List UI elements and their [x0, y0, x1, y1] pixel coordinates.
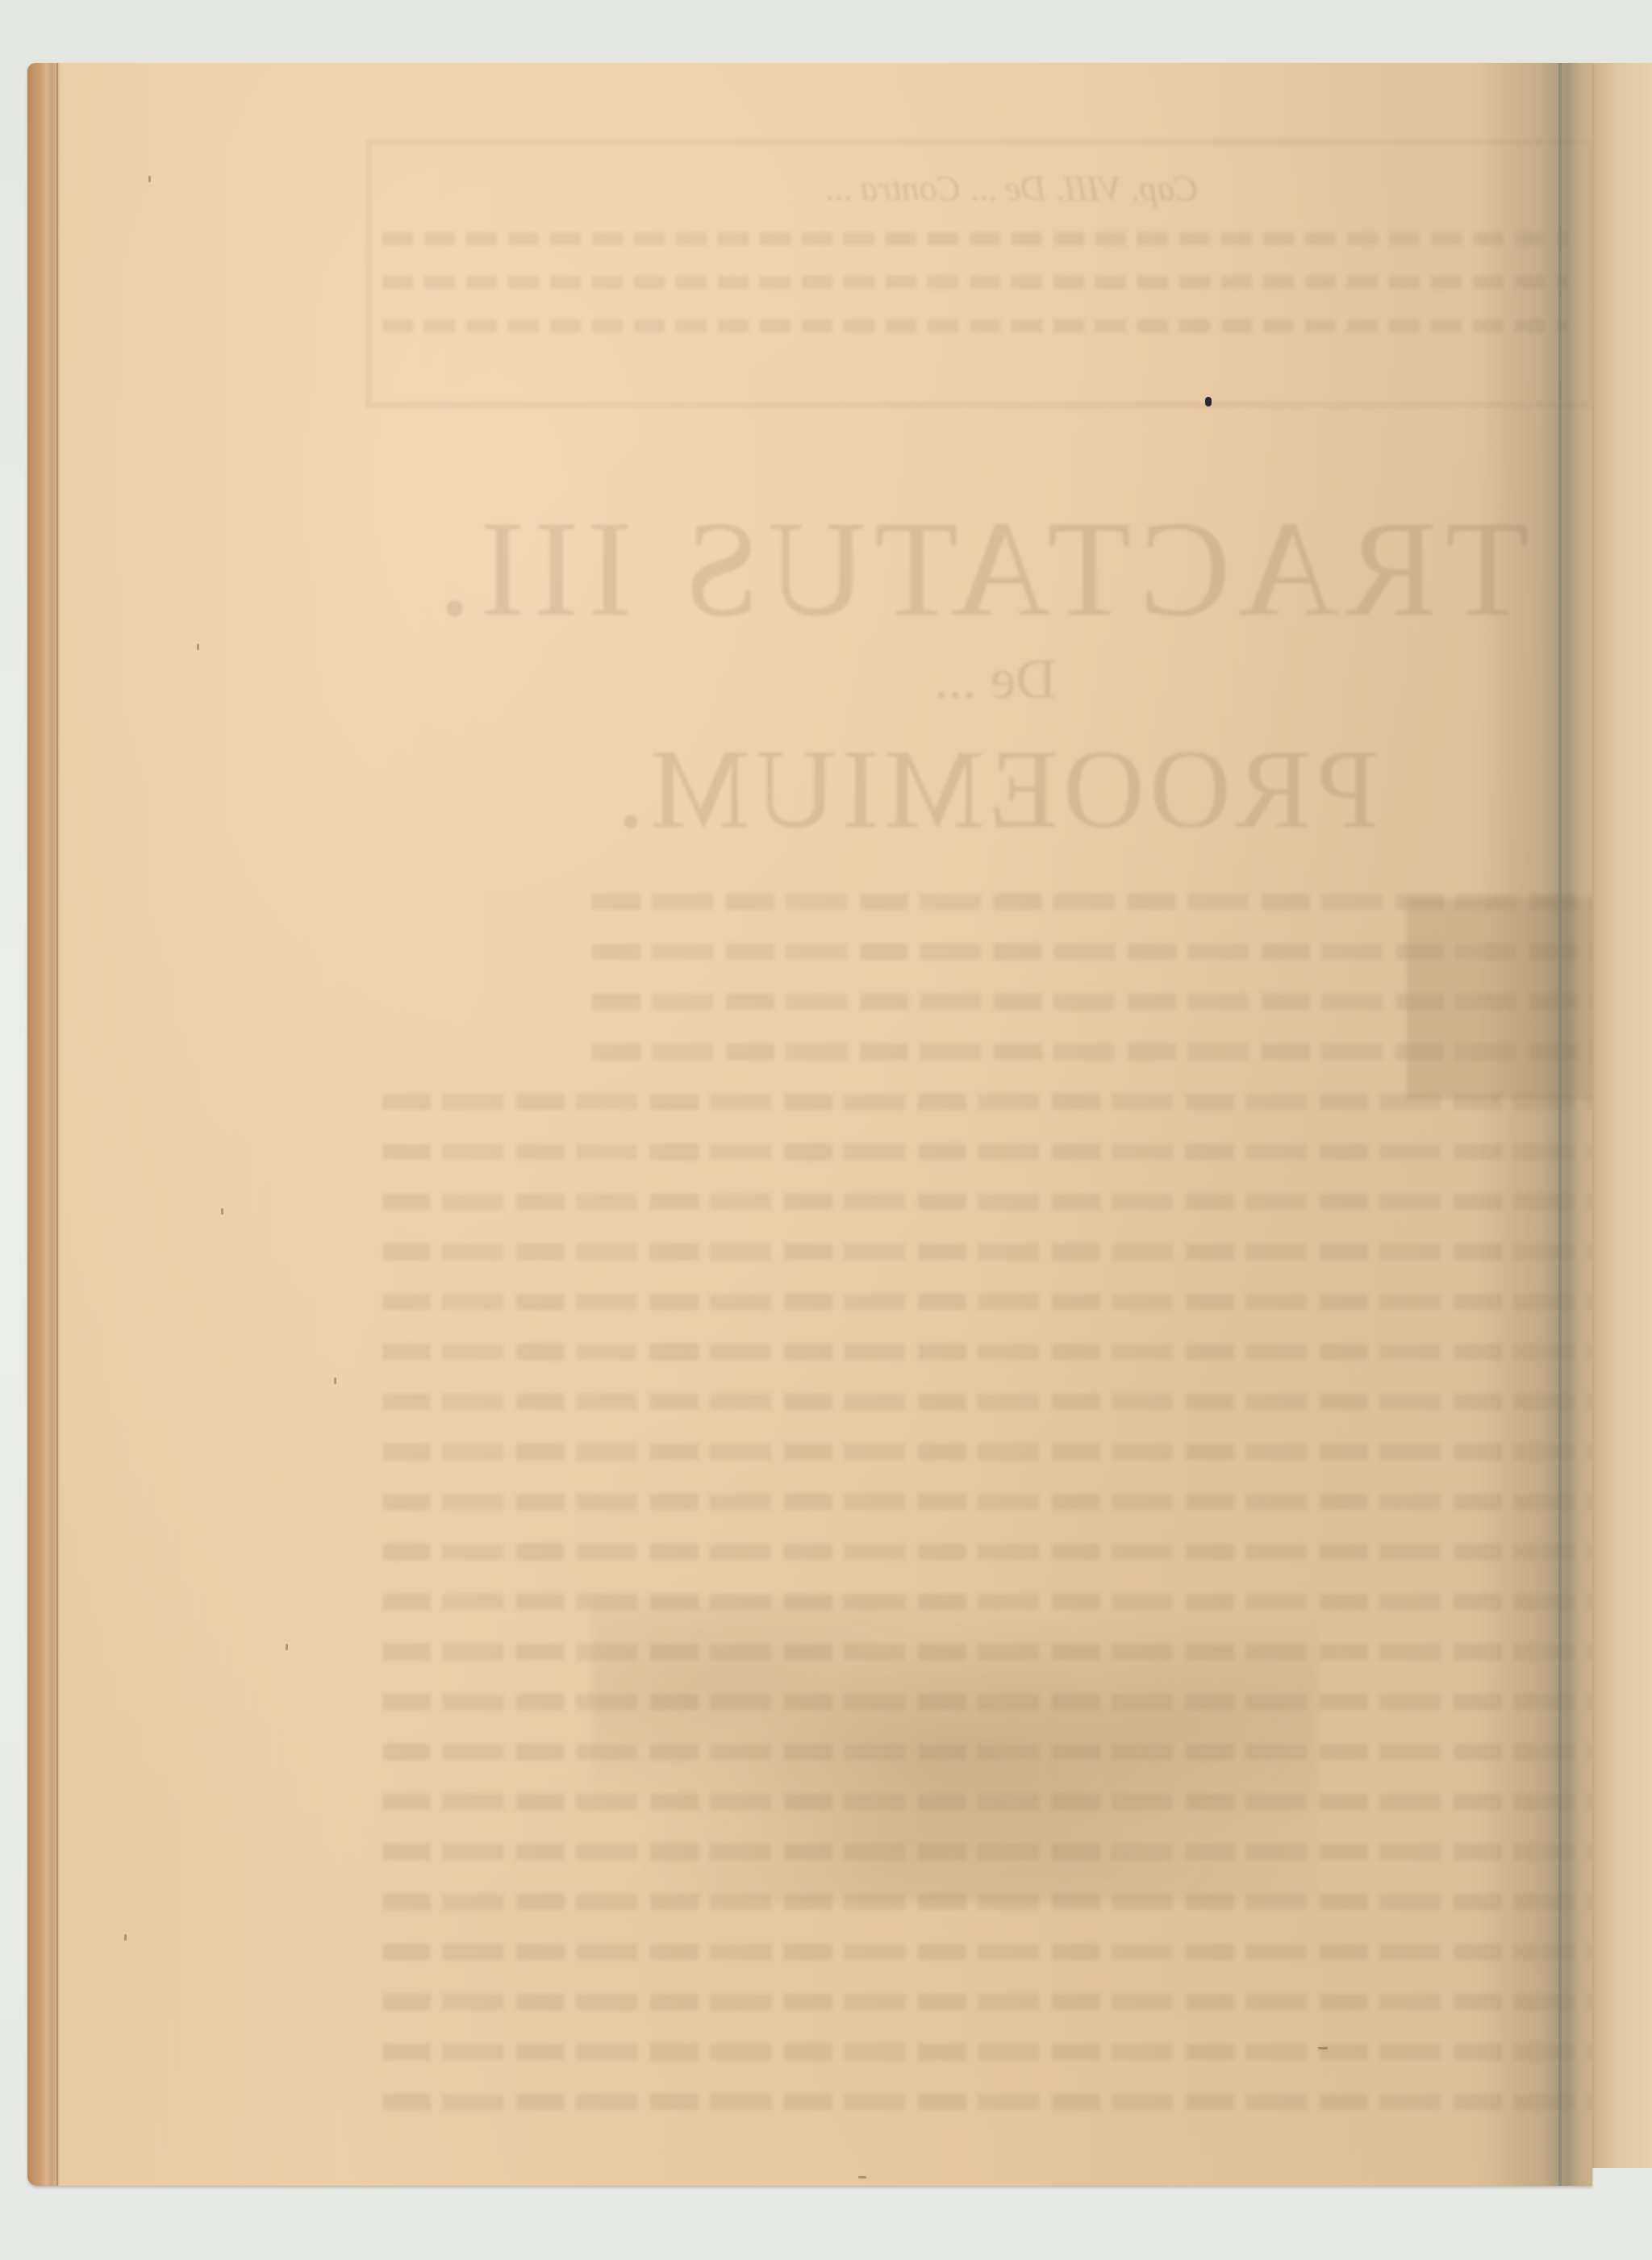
ink-spot — [1205, 397, 1212, 407]
bleed-line — [382, 2094, 1592, 2110]
bleed-line — [592, 944, 1592, 960]
bleed-line — [382, 276, 1568, 289]
paper-speck — [148, 176, 151, 182]
bleed-line — [382, 232, 1568, 245]
bleed-line — [382, 1294, 1592, 1310]
bleed-line — [382, 1094, 1592, 1110]
paper-speck — [286, 1644, 288, 1650]
paper-speck — [334, 1378, 336, 1384]
bleed-section-heading: PROOEMIUM. — [431, 724, 1560, 854]
bleed-line — [592, 1044, 1592, 1060]
bleed-title: TRACTATUS III. — [374, 490, 1584, 648]
bleed-head-lines — [382, 232, 1568, 363]
bleed-running-head: Cap. VIII. De ... Contra ... — [447, 168, 1576, 209]
bleed-line — [382, 1944, 1592, 1960]
scan-canvas: Cap. VIII. De ... Contra ... TRACTATUS I… — [0, 0, 1652, 2260]
paper-speck — [197, 644, 199, 650]
spine-fold — [1558, 63, 1562, 2186]
bleed-line — [382, 1394, 1592, 1410]
bleed-body-text — [382, 894, 1592, 2144]
bleed-line — [382, 1194, 1592, 1210]
bleed-subtitle: De ... — [511, 648, 1479, 712]
bleed-line — [382, 1544, 1592, 1560]
bleed-line — [592, 994, 1592, 1010]
bleed-line — [382, 1144, 1592, 1160]
bleed-line — [382, 1494, 1592, 1510]
page-fore-edge — [27, 63, 60, 2186]
book-page: Cap. VIII. De ... Contra ... TRACTATUS I… — [27, 63, 1592, 2186]
bleed-line — [382, 319, 1568, 332]
bleed-line — [382, 1994, 1592, 2010]
paper-speck — [1318, 2047, 1328, 2049]
bleed-line — [382, 2044, 1592, 2060]
paper-speck — [858, 2176, 866, 2179]
bleed-printer-ornament — [592, 1595, 1318, 1902]
gutter-shadow — [1479, 63, 1592, 2186]
bleed-line — [382, 1444, 1592, 1460]
bleed-line — [382, 1244, 1592, 1260]
bleed-line — [382, 1344, 1592, 1360]
adjacent-page-edge — [1592, 63, 1652, 2168]
paper-speck — [221, 1208, 223, 1215]
bleed-line — [592, 894, 1592, 910]
bleed-signature-mark: A — [979, 2184, 1003, 2186]
paper-speck — [124, 1934, 127, 1941]
